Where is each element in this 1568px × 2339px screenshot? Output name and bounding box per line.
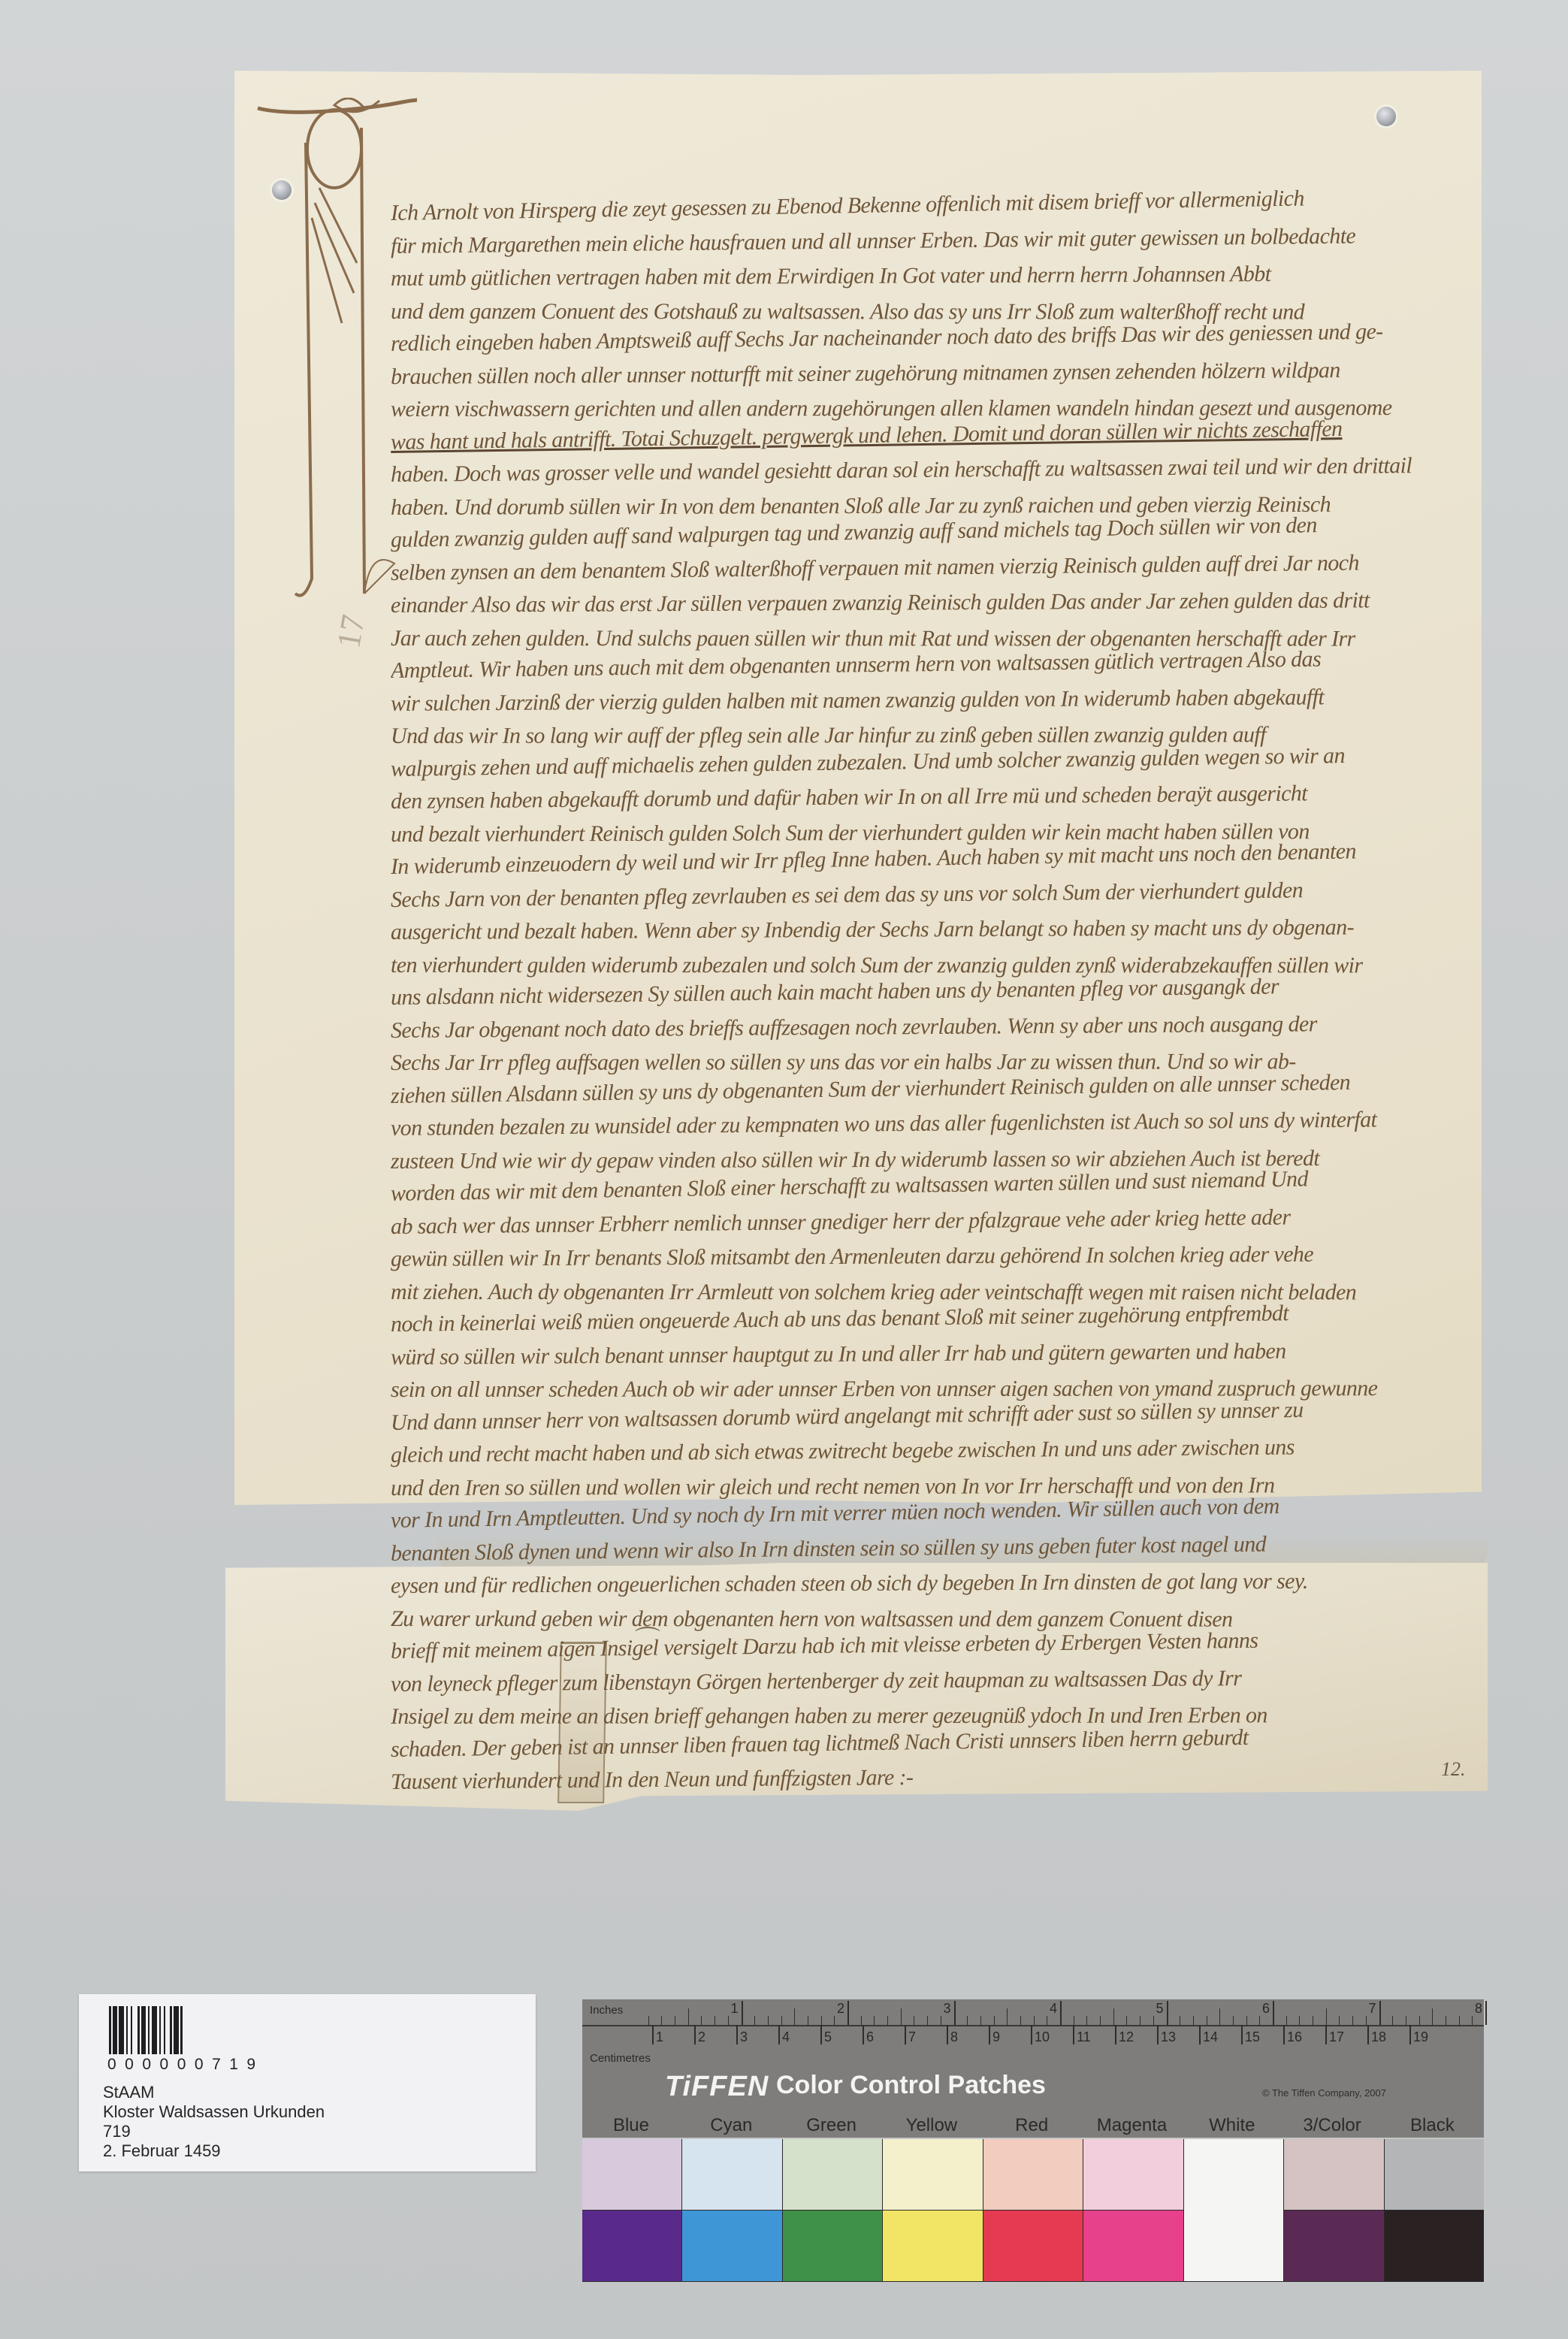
inch-subtick <box>1219 2008 1220 2025</box>
patch-saturated <box>1184 2211 1283 2283</box>
patch-saturated <box>883 2211 982 2282</box>
cm-tick <box>947 2025 948 2044</box>
inch-number: 2 <box>837 2001 844 2017</box>
inch-subtick <box>794 2008 795 2025</box>
cm-tick <box>736 2025 738 2044</box>
cm-tick <box>1115 2025 1116 2044</box>
patch-column <box>883 2139 983 2282</box>
inch-subtick <box>675 2016 675 2025</box>
inch-subtick <box>701 2016 702 2025</box>
patch-light <box>983 2139 1083 2211</box>
archive-label: 000000719 StAAM Kloster Waldsassen Urkun… <box>79 1994 536 2171</box>
inch-subtick <box>1207 2016 1207 2025</box>
inch-subtick <box>1392 2016 1393 2025</box>
inch-subtick <box>901 2008 902 2025</box>
patch-label-white: White <box>1183 2115 1281 2136</box>
patch-light <box>1184 2139 1283 2211</box>
cm-tick <box>1073 2025 1074 2044</box>
patch-column <box>983 2139 1083 2282</box>
cm-tick <box>1199 2025 1201 2044</box>
inch-subtick <box>861 2016 862 2025</box>
barcode <box>109 2006 187 2054</box>
inch-subtick <box>661 2016 662 2025</box>
manuscript-line: mut umb gütlichen vertragen haben mit de… <box>391 257 1458 295</box>
color-patches <box>582 2139 1484 2282</box>
inch-subtick <box>648 2016 649 2025</box>
inch-subtick <box>1020 2016 1021 2025</box>
inch-subtick <box>1126 2016 1127 2025</box>
archive-name: StAAM <box>103 2083 154 2102</box>
patch-column <box>783 2139 883 2282</box>
cm-tick <box>694 2025 696 2044</box>
cm-number: 4 <box>782 2029 790 2045</box>
inches-label: Inches <box>590 2004 623 2017</box>
patch-label-green: Green <box>783 2115 881 2136</box>
inch-number: 3 <box>944 2001 951 2017</box>
inch-subtick <box>914 2016 914 2025</box>
ruler: Inches Centimetres TiFFEN Color Control … <box>582 1999 1484 2112</box>
manuscript-line: wir sulchen Jarzinß der vierzig gulden h… <box>391 680 1458 720</box>
inch-tick <box>742 2001 743 2025</box>
inch-subtick <box>874 2016 875 2025</box>
manuscript-line: ausgericht und bezalt haben. Wenn aber s… <box>391 911 1458 949</box>
patch-label-cyan: Cyan <box>682 2115 780 2136</box>
inch-subtick <box>1419 2016 1420 2025</box>
cm-tick <box>1031 2025 1032 2044</box>
inch-subtick <box>688 2008 689 2025</box>
inch-tick <box>1060 2001 1062 2025</box>
inch-subtick <box>1472 2016 1473 2025</box>
inch-subtick <box>941 2016 941 2025</box>
patch-label-magenta: Magenta <box>1083 2115 1181 2136</box>
patch-saturated <box>1284 2211 1383 2282</box>
inch-number: 7 <box>1369 2001 1376 2017</box>
patch-saturated <box>682 2211 781 2282</box>
patch-label-yellow: Yellow <box>883 2115 980 2136</box>
tiffen-logo: TiFFEN <box>665 2071 769 2103</box>
inch-subtick <box>1233 2016 1234 2025</box>
inch-subtick <box>980 2016 981 2025</box>
patch-light <box>1385 2139 1484 2211</box>
patch-labels: BlueCyanGreenYellowRedMagentaWhite3/Colo… <box>582 2112 1484 2138</box>
cm-tick <box>1241 2025 1243 2044</box>
barcode-bar <box>183 2006 187 2054</box>
inch-subtick <box>754 2016 755 2025</box>
charter-text: Ich Arnolt von Hirsperg die zeyt gesesse… <box>391 197 1458 1799</box>
cm-number: 3 <box>740 2029 748 2045</box>
inch-subtick <box>1153 2016 1154 2025</box>
inch-tick <box>847 2001 849 2025</box>
barcode-number: 000000719 <box>107 2056 264 2074</box>
cm-number: 1 <box>656 2029 663 2045</box>
mounting-rivet-right <box>1376 107 1396 126</box>
manuscript-line: gewün süllen wir In Irr benants Sloß mit… <box>391 1237 1458 1276</box>
cm-tick <box>1367 2025 1369 2044</box>
inch-subtick <box>1100 2016 1101 2025</box>
manuscript-line: Sechs Jar obgenant noch dato des brieffs… <box>391 1007 1458 1047</box>
inch-number: 4 <box>1050 2001 1057 2017</box>
inch-subtick <box>1246 2016 1247 2025</box>
patch-saturated <box>983 2211 1083 2282</box>
inch-subtick <box>1074 2016 1074 2025</box>
cm-tick <box>905 2025 906 2044</box>
document-number: 719 <box>103 2122 131 2141</box>
inch-subtick <box>927 2016 928 2025</box>
manuscript-line: würd so süllen wir sulch benant unnser h… <box>391 1334 1458 1373</box>
inch-subtick <box>715 2016 715 2025</box>
manuscript-line: brauchen süllen noch aller unnser nottur… <box>391 353 1458 393</box>
cm-number: 10 <box>1035 2029 1050 2045</box>
inch-tick <box>1379 2001 1381 2025</box>
patch-column <box>1184 2139 1284 2282</box>
inch-subtick <box>1007 2008 1008 2025</box>
inch-subtick <box>1193 2016 1194 2025</box>
cm-number: 16 <box>1287 2029 1302 2045</box>
inch-subtick <box>1034 2016 1035 2025</box>
inch-subtick <box>1140 2016 1141 2025</box>
inch-subtick <box>728 2016 729 2025</box>
cm-tick <box>778 2025 780 2044</box>
inch-subtick <box>1432 2008 1433 2025</box>
inch-subtick <box>808 2016 808 2025</box>
document-date: 2. Februar 1459 <box>103 2141 221 2161</box>
cm-number: 9 <box>992 2029 1000 2045</box>
inch-subtick <box>1459 2016 1460 2025</box>
cm-tick <box>652 2025 654 2044</box>
cm-number: 15 <box>1245 2029 1260 2045</box>
inch-subtick <box>1113 2008 1114 2025</box>
inch-subtick <box>768 2016 769 2025</box>
inch-subtick <box>1366 2016 1367 2025</box>
patch-light <box>1284 2139 1383 2211</box>
cm-tick <box>1157 2025 1159 2044</box>
inch-subtick <box>1086 2016 1087 2025</box>
patch-light <box>1083 2139 1183 2211</box>
centimetres-label: Centimetres <box>590 2052 651 2065</box>
patch-label-3-color: 3/Color <box>1283 2115 1381 2136</box>
inch-subtick <box>1339 2016 1340 2025</box>
inch-subtick <box>821 2016 822 2025</box>
inch-subtick <box>1259 2016 1260 2025</box>
inch-subtick <box>1313 2016 1313 2025</box>
patch-column <box>682 2139 782 2282</box>
cm-tick <box>1325 2025 1327 2044</box>
patch-light <box>883 2139 982 2211</box>
inch-number: 1 <box>731 2001 739 2017</box>
patch-light <box>582 2139 681 2211</box>
cm-tick <box>1283 2025 1285 2044</box>
patch-label-blue: Blue <box>582 2115 680 2136</box>
patch-light <box>682 2139 781 2211</box>
inch-tick <box>1485 2001 1487 2025</box>
inch-number: 6 <box>1262 2001 1270 2017</box>
inch-subtick <box>1286 2016 1287 2025</box>
inch-tick <box>1273 2001 1274 2025</box>
inch-subtick <box>994 2016 995 2025</box>
barcode-bar <box>119 2006 124 2054</box>
barcode-bar <box>132 2006 137 2054</box>
chart-title: Color Control Patches <box>776 2071 1046 2100</box>
inch-subtick <box>1326 2008 1327 2025</box>
copyright: © The Tiffen Company, 2007 <box>1262 2087 1386 2099</box>
cm-tick <box>1409 2025 1411 2044</box>
inch-number: 8 <box>1475 2001 1482 2017</box>
patch-light <box>783 2139 882 2211</box>
inch-tick <box>954 2001 956 2025</box>
cm-number: 8 <box>950 2029 958 2045</box>
inch-number: 5 <box>1156 2001 1164 2017</box>
inch-subtick <box>1180 2016 1180 2025</box>
patch-label-red: Red <box>983 2115 1080 2136</box>
cm-number: 12 <box>1119 2029 1134 2045</box>
inch-subtick <box>887 2016 888 2025</box>
patch-saturated <box>582 2211 681 2282</box>
cm-number: 14 <box>1203 2029 1218 2045</box>
manuscript-line: einander Also das wir das erst Jar sülle… <box>391 584 1458 622</box>
inch-subtick <box>1299 2016 1300 2025</box>
cm-number: 6 <box>866 2029 874 2045</box>
cm-number: 18 <box>1371 2029 1386 2045</box>
patch-saturated <box>1385 2211 1484 2282</box>
patch-column <box>1284 2139 1384 2282</box>
cm-number: 7 <box>908 2029 916 2045</box>
inch-subtick <box>834 2016 835 2025</box>
color-control-chart: Inches Centimetres TiFFEN Color Control … <box>582 1992 1491 2282</box>
inch-subtick <box>1446 2016 1446 2025</box>
cm-tick <box>820 2025 822 2044</box>
cm-number: 5 <box>824 2029 832 2045</box>
inch-subtick <box>781 2016 782 2025</box>
cm-tick <box>989 2025 990 2044</box>
patch-column <box>1385 2139 1484 2282</box>
cm-number: 11 <box>1077 2029 1091 2045</box>
inch-subtick <box>1406 2016 1406 2025</box>
barcode-bar <box>152 2006 157 2054</box>
manuscript-line: von leyneck pfleger zum libenstayn Görge… <box>391 1661 1458 1700</box>
cm-number: 13 <box>1161 2029 1176 2045</box>
inch-subtick <box>967 2016 968 2025</box>
manuscript-line: eysen und für redlichen ongeuerlichen sc… <box>391 1564 1458 1603</box>
cm-tick <box>863 2025 864 2044</box>
cm-number: 19 <box>1413 2029 1428 2045</box>
patch-saturated <box>783 2211 882 2282</box>
collection-name: Kloster Waldsassen Urkunden <box>103 2102 325 2122</box>
inch-subtick <box>1352 2016 1353 2025</box>
patch-label-black: Black <box>1383 2115 1481 2136</box>
cm-number: 2 <box>698 2029 705 2045</box>
inch-subtick <box>1047 2016 1047 2025</box>
cm-number: 17 <box>1329 2029 1344 2045</box>
patch-column <box>582 2139 682 2282</box>
inch-tick <box>1167 2001 1168 2025</box>
pencil-margin-note: 17 <box>329 612 373 651</box>
patch-saturated <box>1083 2211 1183 2282</box>
barcode-bar <box>174 2006 179 2054</box>
patch-column <box>1083 2139 1183 2282</box>
